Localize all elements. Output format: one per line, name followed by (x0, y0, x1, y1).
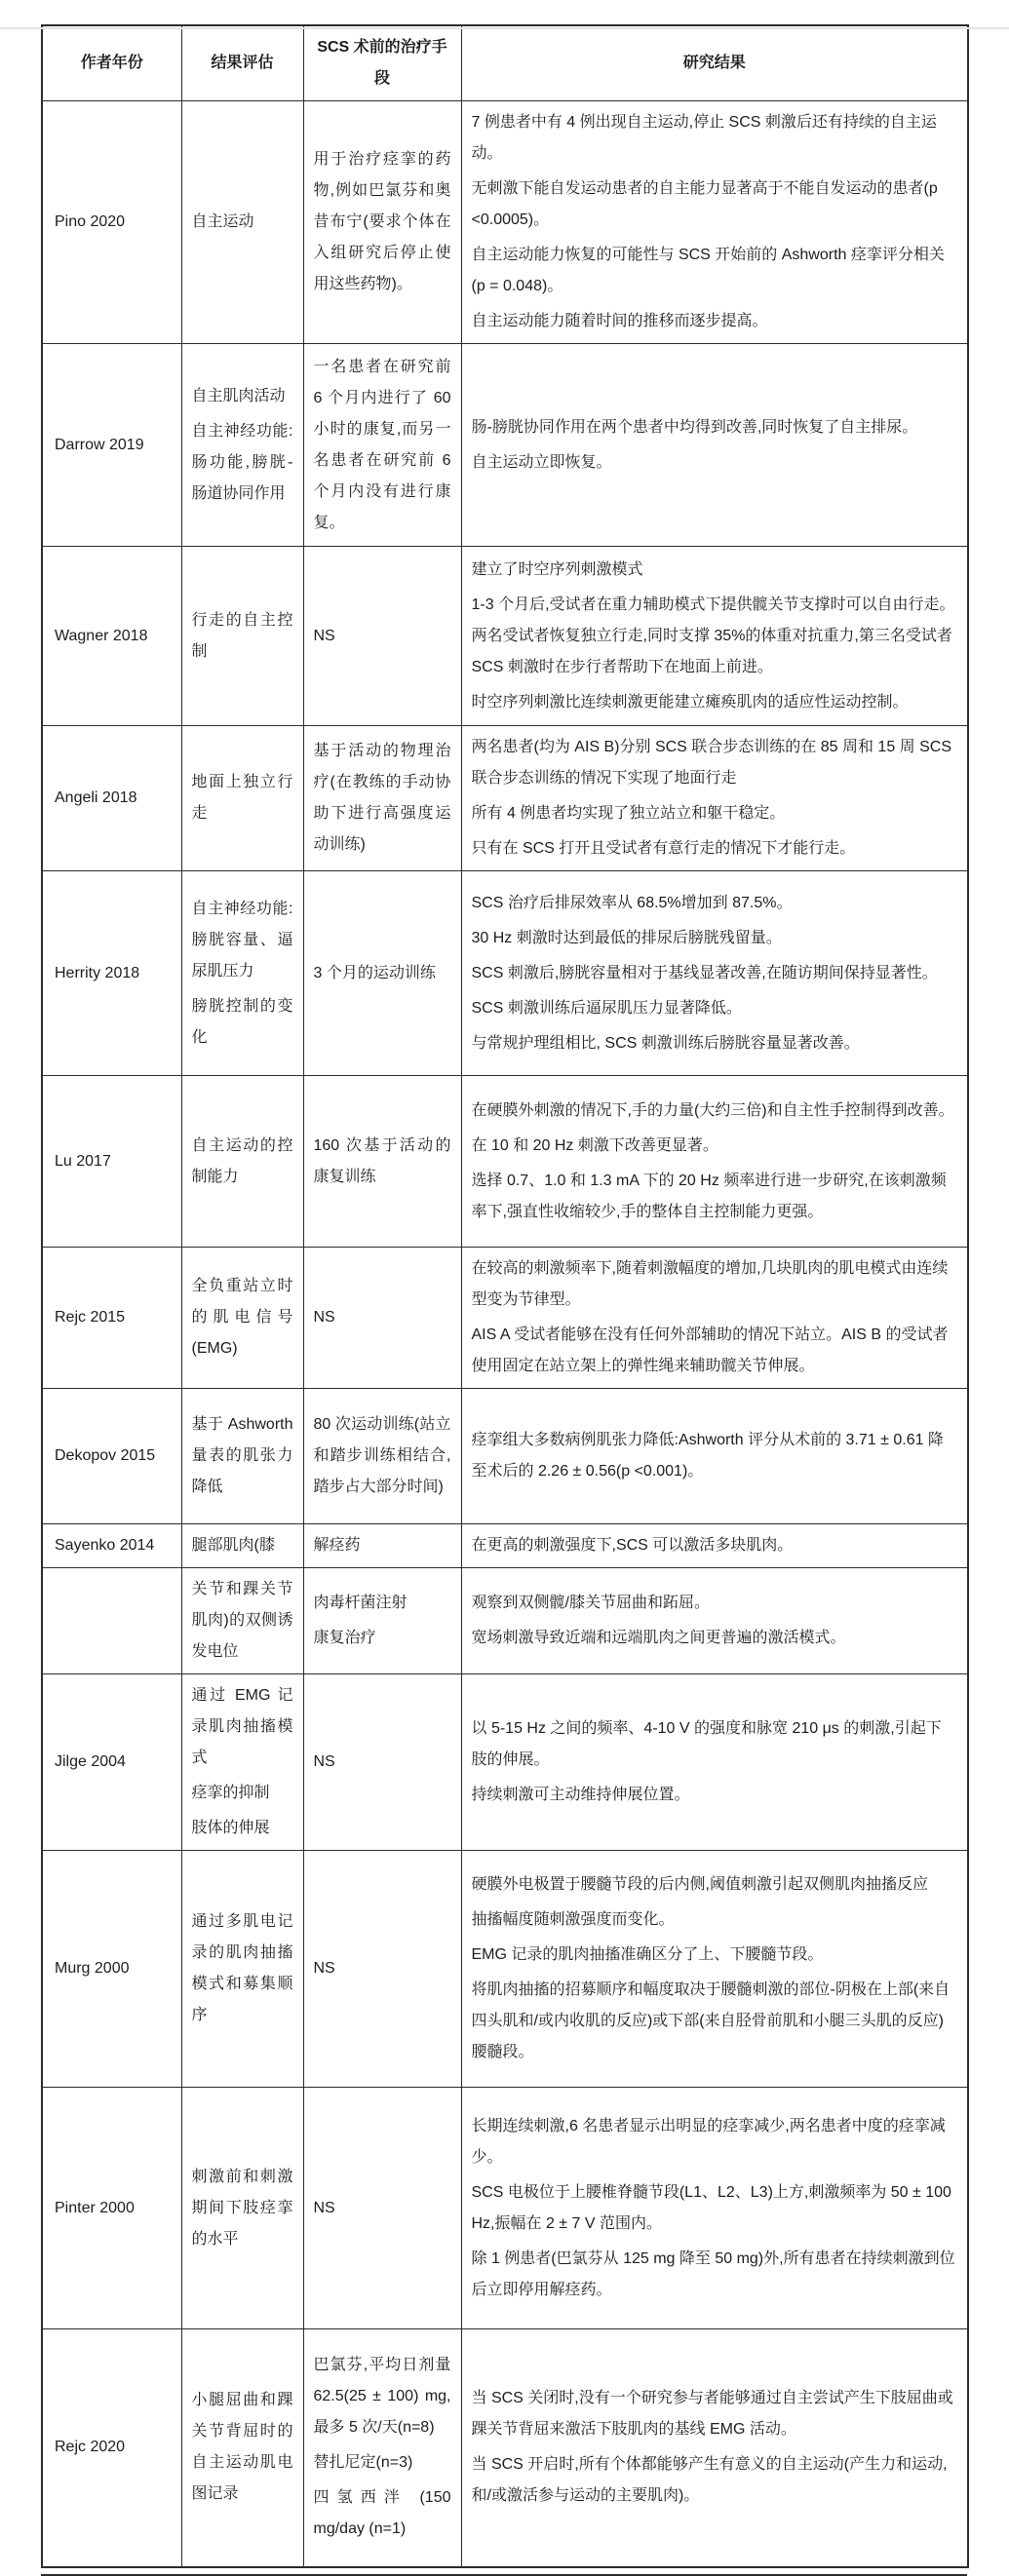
treatment-paragraph: 肉毒杆菌注射 (314, 1588, 451, 1619)
table-end-rule (41, 2574, 967, 2576)
author-cell (42, 1568, 181, 1674)
table-row: Sayenko 2014腿部肌肉(膝解痉药在更高的刺激强度下,SCS 可以激活多… (42, 1524, 968, 1568)
results-paragraph: 宽场刺激导致近端和远端肌肉之间更普遍的激活模式。 (472, 1623, 956, 1654)
results-cell: 以 5-15 Hz 之间的频率、4-10 V 的强度和脉宽 210 μs 的刺激… (461, 1674, 968, 1851)
author-cell: Lu 2017 (42, 1076, 181, 1248)
assessment-cell: 基于 Ashworth 量表的肌张力降低 (181, 1389, 303, 1524)
results-paragraph: 除 1 例患者(巴氯芬从 125 mg 降至 50 mg)外,所有患者在持续刺激… (472, 2244, 956, 2306)
author-label: Murg 2000 (55, 1953, 172, 1984)
results-paragraph: 1-3 个月后,受试者在重力辅助模式下提供髋关节支撑时可以自由行走。两名受试者恢… (472, 590, 956, 683)
assessment-cell: 行走的自主控制 (181, 547, 303, 726)
author-label: Darrow 2019 (55, 430, 172, 461)
author-cell: Wagner 2018 (42, 547, 181, 726)
assessment-paragraph: 小腿屈曲和踝关节背屈时的自主运动肌电图记录 (192, 2385, 293, 2510)
treatment-paragraph: NS (314, 1302, 451, 1333)
assessment-cell: 全负重站立时的肌电信号(EMG) (181, 1248, 303, 1389)
assessment-paragraph: 膀胱控制的变化 (192, 991, 293, 1054)
table-row: Darrow 2019自主肌肉活动自主神经功能:肠功能,膀胱-肠道协同作用一名患… (42, 344, 968, 547)
author-label: Lu 2017 (55, 1146, 172, 1177)
author-cell: Angeli 2018 (42, 726, 181, 871)
header-outcome-assessment: 结果评估 (181, 25, 303, 101)
results-paragraph: 当 SCS 开启时,所有个体都能够产生有意义的自主运动(产生力和运动,和/或激活… (472, 2449, 956, 2512)
document-page: 作者年份 结果评估 SCS 术前的治疗手段 研究结果 Pino 2020自主运动… (41, 24, 967, 2576)
results-cell: 在较高的刺激频率下,随着刺激幅度的增加,几块肌肉的肌电模式由连续型变为节律型。A… (461, 1248, 968, 1389)
treatment-paragraph: NS (314, 1953, 451, 1984)
author-cell: Rejc 2020 (42, 2329, 181, 2567)
results-paragraph: 在更高的刺激强度下,SCS 可以激活多块肌肉。 (472, 1530, 956, 1561)
results-paragraph: SCS 刺激后,膀胱容量相对于基线显著改善,在随访期间保持显著性。 (472, 958, 956, 989)
assessment-paragraph: 刺激前和刺激期间下肢痉挛的水平 (192, 2162, 293, 2255)
results-paragraph: 将肌肉抽搐的招募顺序和幅度取决于腰髓刺激的部位-阴极在上部(来自四头肌和/或内收… (472, 1975, 956, 2068)
results-paragraph: 30 Hz 刺激时达到最低的排尿后膀胱残留量。 (472, 923, 956, 954)
treatment-cell: 160 次基于活动的康复训练 (303, 1076, 461, 1248)
assessment-cell: 刺激前和刺激期间下肢痉挛的水平 (181, 2088, 303, 2329)
assessment-cell: 通过 EMG 记录肌肉抽搐模式痉挛的抑制肢体的伸展 (181, 1674, 303, 1851)
author-cell: Sayenko 2014 (42, 1524, 181, 1568)
treatment-cell: 解痉药 (303, 1524, 461, 1568)
author-label: Rejc 2015 (55, 1302, 172, 1333)
results-paragraph: 抽搐幅度随刺激强度而变化。 (472, 1904, 956, 1936)
author-label: Pinter 2000 (55, 2193, 172, 2224)
table-row: Lu 2017自主运动的控制能力160 次基于活动的康复训练在硬膜外刺激的情况下… (42, 1076, 968, 1248)
treatment-paragraph: 80 次运动训练(站立和踏步训练相结合,踏步占大部分时间) (314, 1409, 451, 1503)
results-paragraph: 与常规护理组相比, SCS 刺激训练后膀胱容量显著改善。 (472, 1028, 956, 1059)
table-row: Dekopov 2015基于 Ashworth 量表的肌张力降低80 次运动训练… (42, 1389, 968, 1524)
results-paragraph: 硬膜外电极置于腰髓节段的后内侧,阈值刺激引起双侧肌肉抽搐反应 (472, 1869, 956, 1901)
assessment-paragraph: 地面上独立行走 (192, 767, 293, 829)
results-paragraph: SCS 电极位于上腰椎脊髓节段(L1、L2、L3)上方,刺激频率为 50 ± 1… (472, 2177, 956, 2240)
author-label: Herrity 2018 (55, 958, 172, 989)
results-paragraph: 时空序列刺激比连续刺激更能建立瘫痪肌肉的适应性运动控制。 (472, 687, 956, 718)
treatment-paragraph: 替扎尼定(n=3) (314, 2447, 451, 2479)
results-cell: 硬膜外电极置于腰髓节段的后内侧,阈值刺激引起双侧肌肉抽搐反应抽搐幅度随刺激强度而… (461, 1851, 968, 2088)
treatment-cell: NS (303, 1851, 461, 2088)
author-cell: Murg 2000 (42, 1851, 181, 2088)
table-row: Murg 2000通过多肌电记录的肌肉抽搐模式和募集顺序NS硬膜外电极置于腰髓节… (42, 1851, 968, 2088)
results-paragraph: SCS 刺激训练后逼尿肌压力显著降低。 (472, 993, 956, 1024)
results-paragraph: 持续刺激可主动维持伸展位置。 (472, 1780, 956, 1811)
treatment-cell: 一名患者在研究前 6 个月内进行了 60 小时的康复,而另一名患者在研究前 6 … (303, 344, 461, 547)
table-row: Rejc 2020小腿屈曲和踝关节背屈时的自主运动肌电图记录巴氯芬,平均日剂量 … (42, 2329, 968, 2567)
results-cell: SCS 治疗后排尿效率从 68.5%增加到 87.5%。30 Hz 刺激时达到最… (461, 871, 968, 1076)
treatment-paragraph: 基于活动的物理治疗(在教练的手动协助下进行高强度运动训练) (314, 736, 451, 861)
results-paragraph: 在较高的刺激频率下,随着刺激幅度的增加,几块肌肉的肌电模式由连续型变为节律型。 (472, 1253, 956, 1316)
assessment-paragraph: 自主运动 (192, 207, 293, 238)
results-cell: 在更高的刺激强度下,SCS 可以激活多块肌肉。 (461, 1524, 968, 1568)
author-cell: Darrow 2019 (42, 344, 181, 547)
results-paragraph: 以 5-15 Hz 之间的频率、4-10 V 的强度和脉宽 210 μs 的刺激… (472, 1713, 956, 1776)
treatment-paragraph: 用于治疗痉挛的药物,例如巴氯芬和奥昔布宁(要求个体在入组研究后停止使用这些药物)… (314, 144, 451, 300)
treatment-paragraph: 解痉药 (314, 1530, 451, 1561)
results-cell: 在硬膜外刺激的情况下,手的力量(大约三倍)和自主性手控制得到改善。在 10 和 … (461, 1076, 968, 1248)
assessment-cell: 自主运动 (181, 101, 303, 344)
assessment-cell: 自主肌肉活动自主神经功能:肠功能,膀胱-肠道协同作用 (181, 344, 303, 547)
treatment-paragraph: 3 个月的运动训练 (314, 958, 451, 989)
table-row: Wagner 2018行走的自主控制NS建立了时空序列刺激模式1-3 个月后,受… (42, 547, 968, 726)
assessment-paragraph: 通过多肌电记录的肌肉抽搐模式和募集顺序 (192, 1906, 293, 2031)
treatment-cell: NS (303, 2088, 461, 2329)
assessment-cell: 自主神经功能:膀胱容量、逼尿肌压力膀胱控制的变化 (181, 871, 303, 1076)
table-row: Rejc 2015全负重站立时的肌电信号(EMG)NS在较高的刺激频率下,随着刺… (42, 1248, 968, 1389)
results-paragraph: 自主运动立即恢复。 (472, 447, 956, 479)
treatment-paragraph: 巴氯芬,平均日剂量 62.5(25 ± 100) mg,最多 5 次/天(n=8… (314, 2350, 451, 2443)
results-paragraph: 在 10 和 20 Hz 刺激下改善更显著。 (472, 1131, 956, 1162)
assessment-paragraph: 肢体的伸展 (192, 1813, 293, 1844)
results-paragraph: 无刺激下能自发运动患者的自主能力显著高于不能自发运动的患者(p <0.0005)… (472, 173, 956, 236)
assessment-cell: 通过多肌电记录的肌肉抽搐模式和募集顺序 (181, 1851, 303, 2088)
results-paragraph: 只有在 SCS 打开且受试者有意行走的情况下才能行走。 (472, 833, 956, 865)
author-label: Jilge 2004 (55, 1747, 172, 1778)
treatment-cell: 基于活动的物理治疗(在教练的手动协助下进行高强度运动训练) (303, 726, 461, 871)
table-row: Pino 2020自主运动用于治疗痉挛的药物,例如巴氯芬和奥昔布宁(要求个体在入… (42, 101, 968, 344)
results-paragraph: 观察到双侧髋/膝关节屈曲和跖屈。 (472, 1588, 956, 1619)
author-cell: Dekopov 2015 (42, 1389, 181, 1524)
results-cell: 观察到双侧髋/膝关节屈曲和跖屈。宽场刺激导致近端和远端肌肉之间更普遍的激活模式。 (461, 1568, 968, 1674)
results-cell: 当 SCS 关闭时,没有一个研究参与者能够通过自主尝试产生下肢屈曲或踝关节背屈来… (461, 2329, 968, 2567)
results-cell: 长期连续刺激,6 名患者显示出明显的痉挛减少,两名患者中度的痉挛减少。SCS 电… (461, 2088, 968, 2329)
assessment-paragraph: 痉挛的抑制 (192, 1778, 293, 1809)
assessment-cell: 腿部肌肉(膝 (181, 1524, 303, 1568)
page-top-edge (0, 27, 1009, 29)
results-paragraph: 自主运动能力恢复的可能性与 SCS 开始前的 Ashworth 痉挛评分相关(p… (472, 240, 956, 302)
results-paragraph: EMG 记录的肌肉抽搐准确区分了上、下腰髓节段。 (472, 1940, 956, 1971)
treatment-cell: NS (303, 547, 461, 726)
results-paragraph: SCS 治疗后排尿效率从 68.5%增加到 87.5%。 (472, 888, 956, 919)
treatment-paragraph: 一名患者在研究前 6 个月内进行了 60 小时的康复,而另一名患者在研究前 6 … (314, 352, 451, 539)
assessment-cell: 自主运动的控制能力 (181, 1076, 303, 1248)
results-paragraph: 在硬膜外刺激的情况下,手的力量(大约三倍)和自主性手控制得到改善。 (472, 1096, 956, 1127)
results-cell: 7 例患者中有 4 例出现自主运动,停止 SCS 刺激后还有持续的自主运动。无刺… (461, 101, 968, 344)
author-label: Dekopov 2015 (55, 1441, 172, 1472)
assessment-cell: 小腿屈曲和踝关节背屈时的自主运动肌电图记录 (181, 2329, 303, 2567)
treatment-cell: NS (303, 1248, 461, 1389)
results-paragraph: 长期连续刺激,6 名患者显示出明显的痉挛减少,两名患者中度的痉挛减少。 (472, 2111, 956, 2173)
treatment-cell: 巴氯芬,平均日剂量 62.5(25 ± 100) mg,最多 5 次/天(n=8… (303, 2329, 461, 2567)
table-row: Angeli 2018地面上独立行走基于活动的物理治疗(在教练的手动协助下进行高… (42, 726, 968, 871)
assessment-paragraph: 自主神经功能:肠功能,膀胱-肠道协同作用 (192, 416, 293, 510)
header-study-results: 研究结果 (461, 25, 968, 101)
assessment-paragraph: 通过 EMG 记录肌肉抽搐模式 (192, 1680, 293, 1774)
author-label: Rejc 2020 (55, 2432, 172, 2463)
author-label: Sayenko 2014 (55, 1530, 172, 1561)
results-cell: 肠-膀胱协同作用在两个患者中均得到改善,同时恢复了自主排尿。自主运动立即恢复。 (461, 344, 968, 547)
results-cell: 建立了时空序列刺激模式1-3 个月后,受试者在重力辅助模式下提供髋关节支撑时可以… (461, 547, 968, 726)
treatment-cell: 3 个月的运动训练 (303, 871, 461, 1076)
treatment-cell: 肉毒杆菌注射康复治疗 (303, 1568, 461, 1674)
treatment-paragraph: NS (314, 1747, 451, 1778)
assessment-cell: 关节和踝关节肌肉)的双侧诱发电位 (181, 1568, 303, 1674)
treatment-paragraph: NS (314, 621, 451, 652)
results-paragraph: 自主运动能力随着时间的推移而逐步提高。 (472, 306, 956, 337)
treatment-cell: 用于治疗痉挛的药物,例如巴氯芬和奥昔布宁(要求个体在入组研究后停止使用这些药物)… (303, 101, 461, 344)
author-cell: Rejc 2015 (42, 1248, 181, 1389)
results-paragraph: 建立了时空序列刺激模式 (472, 555, 956, 586)
header-pre-scs-treatment: SCS 术前的治疗手段 (303, 25, 461, 101)
table-row: Pinter 2000刺激前和刺激期间下肢痉挛的水平NS长期连续刺激,6 名患者… (42, 2088, 968, 2329)
table-row: 关节和踝关节肌肉)的双侧诱发电位肉毒杆菌注射康复治疗观察到双侧髋/膝关节屈曲和跖… (42, 1568, 968, 1674)
author-cell: Jilge 2004 (42, 1674, 181, 1851)
results-paragraph: 所有 4 例患者均实现了独立站立和躯干稳定。 (472, 798, 956, 829)
table-row: Herrity 2018自主神经功能:膀胱容量、逼尿肌压力膀胱控制的变化3 个月… (42, 871, 968, 1076)
assessment-paragraph: 自主运动的控制能力 (192, 1131, 293, 1193)
header-row: 作者年份 结果评估 SCS 术前的治疗手段 研究结果 (42, 25, 968, 101)
treatment-cell: NS (303, 1674, 461, 1851)
assessment-cell: 地面上独立行走 (181, 726, 303, 871)
author-cell: Pino 2020 (42, 101, 181, 344)
author-cell: Herrity 2018 (42, 871, 181, 1076)
assessment-paragraph: 行走的自主控制 (192, 605, 293, 668)
treatment-cell: 80 次运动训练(站立和踏步训练相结合,踏步占大部分时间) (303, 1389, 461, 1524)
results-paragraph: 当 SCS 关闭时,没有一个研究参与者能够通过自主尝试产生下肢屈曲或踝关节背屈来… (472, 2383, 956, 2445)
assessment-paragraph: 自主肌肉活动 (192, 381, 293, 412)
results-paragraph: 肠-膀胱协同作用在两个患者中均得到改善,同时恢复了自主排尿。 (472, 412, 956, 443)
results-paragraph: 选择 0.7、1.0 和 1.3 mA 下的 20 Hz 频率进行进一步研究,在… (472, 1166, 956, 1228)
assessment-paragraph: 自主神经功能:膀胱容量、逼尿肌压力 (192, 894, 293, 987)
assessment-paragraph: 关节和踝关节肌肉)的双侧诱发电位 (192, 1574, 293, 1668)
study-results-table: 作者年份 结果评估 SCS 术前的治疗手段 研究结果 Pino 2020自主运动… (41, 24, 969, 2568)
table-header: 作者年份 结果评估 SCS 术前的治疗手段 研究结果 (42, 25, 968, 101)
results-paragraph: 两名患者(均为 AIS B)分别 SCS 联合步态训练的在 85 周和 15 周… (472, 732, 956, 794)
table-body: Pino 2020自主运动用于治疗痉挛的药物,例如巴氯芬和奥昔布宁(要求个体在入… (42, 101, 968, 2567)
treatment-paragraph: 160 次基于活动的康复训练 (314, 1131, 451, 1193)
author-cell: Pinter 2000 (42, 2088, 181, 2329)
author-label: Wagner 2018 (55, 621, 172, 652)
assessment-paragraph: 基于 Ashworth 量表的肌张力降低 (192, 1409, 293, 1503)
treatment-paragraph: NS (314, 2193, 451, 2224)
results-cell: 痉挛组大多数病例肌张力降低:Ashworth 评分从术前的 3.71 ± 0.6… (461, 1389, 968, 1524)
results-paragraph: 痉挛组大多数病例肌张力降低:Ashworth 评分从术前的 3.71 ± 0.6… (472, 1425, 956, 1487)
author-label: Pino 2020 (55, 207, 172, 238)
assessment-paragraph: 全负重站立时的肌电信号(EMG) (192, 1271, 293, 1365)
author-label: Angeli 2018 (55, 783, 172, 814)
treatment-paragraph: 四氢西泮 (150 mg/day (n=1) (314, 2482, 451, 2545)
table-row: Jilge 2004通过 EMG 记录肌肉抽搐模式痉挛的抑制肢体的伸展NS以 5… (42, 1674, 968, 1851)
results-paragraph: AIS A 受试者能够在没有任何外部辅助的情况下站立。AIS B 的受试者使用固… (472, 1320, 956, 1382)
treatment-paragraph: 康复治疗 (314, 1623, 451, 1654)
header-author-year: 作者年份 (42, 25, 181, 101)
assessment-paragraph: 腿部肌肉(膝 (192, 1530, 293, 1561)
results-cell: 两名患者(均为 AIS B)分别 SCS 联合步态训练的在 85 周和 15 周… (461, 726, 968, 871)
results-paragraph: 7 例患者中有 4 例出现自主运动,停止 SCS 刺激后还有持续的自主运动。 (472, 107, 956, 170)
